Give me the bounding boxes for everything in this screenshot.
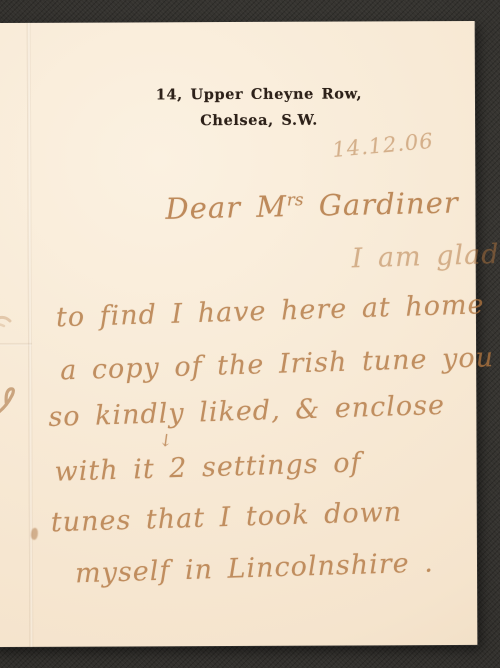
- body-line: tunes that I took down: [50, 497, 402, 539]
- body-line: a copy of the Irish tune you: [60, 342, 495, 386]
- offset-ink-marks: [0, 291, 32, 431]
- body-line: to find I have here at home: [56, 289, 485, 333]
- insertion-caret-mark: ↓: [157, 431, 175, 452]
- body-line: I am glad: [351, 239, 500, 275]
- letterhead-address-line1: 14, Upper Cheyne Row,: [109, 81, 409, 108]
- salutation-line: Dear Mrs Gardiner: [165, 186, 459, 226]
- photo-background: 14, Upper Cheyne Row, Chelsea, S.W. 14.1…: [0, 0, 500, 668]
- printed-letterhead: 14, Upper Cheyne Row, Chelsea, S.W.: [109, 81, 409, 134]
- salutation-rest: Gardiner: [303, 185, 459, 222]
- body-line: myself in Lincolnshire .: [75, 547, 435, 589]
- handwritten-date: 14.12.06: [331, 129, 434, 162]
- body-line: so kindly liked, & enclose: [48, 390, 445, 433]
- ink-blot: [31, 528, 38, 540]
- letterhead-address-line2: Chelsea, S.W.: [109, 107, 409, 134]
- body-line: with it 2 settings of: [54, 447, 362, 487]
- letter-paper: 14, Upper Cheyne Row, Chelsea, S.W. 14.1…: [0, 21, 477, 647]
- salutation-prefix: Dear M: [165, 189, 287, 226]
- salutation-superscript: rs: [287, 189, 304, 209]
